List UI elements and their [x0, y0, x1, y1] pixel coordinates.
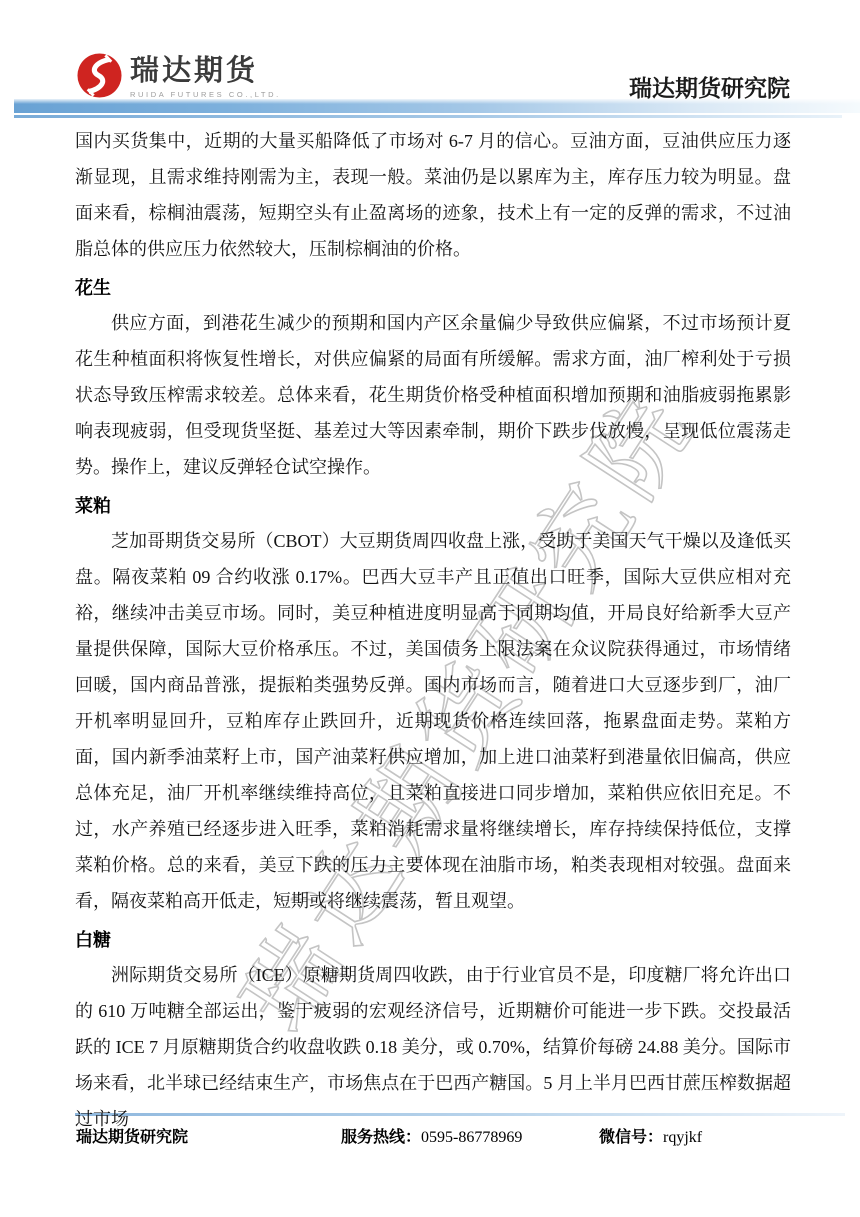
- header-divider-line: [14, 115, 842, 118]
- brand-name: 瑞达期货: [130, 55, 281, 87]
- document-page: 瑞达期货 RUIDA FUTURES CO.,LTD. 瑞达期货研究院 瑞达期货…: [0, 0, 860, 1217]
- intro-paragraph: 国内买货集中，近期的大量买船降低了市场对 6-7 月的信心。豆油方面，豆油供应压…: [75, 123, 791, 267]
- section-heading-sugar: 白糖: [75, 923, 791, 957]
- section-paragraph-rapeseed-meal: 芝加哥期货交易所（CBOT）大豆期货周四收盘上涨，受助于美国天气干燥以及逢低买盘…: [75, 523, 791, 919]
- header-divider-bar: [14, 99, 860, 113]
- section-heading-peanut: 花生: [75, 271, 791, 305]
- section-paragraph-sugar: 洲际期货交易所（ICE）原糖期货周四收跌，由于行业官员不是，印度糖厂将允许出口的…: [75, 957, 791, 1137]
- section-heading-rapeseed-meal: 菜粕: [75, 489, 791, 523]
- brand-logo: 瑞达期货 RUIDA FUTURES CO.,LTD.: [76, 52, 281, 99]
- brand-text: 瑞达期货 RUIDA FUTURES CO.,LTD.: [130, 52, 281, 99]
- brand-subtitle: RUIDA FUTURES CO.,LTD.: [130, 90, 281, 99]
- report-body: 国内买货集中，近期的大量买船降低了市场对 6-7 月的信心。豆油方面，豆油供应压…: [75, 123, 791, 1137]
- ruida-futures-logo-icon: [76, 52, 123, 99]
- section-paragraph-peanut: 供应方面，到港花生减少的预期和国内产区余量偏少导致供应偏紧，不过市场预计夏花生种…: [75, 305, 791, 485]
